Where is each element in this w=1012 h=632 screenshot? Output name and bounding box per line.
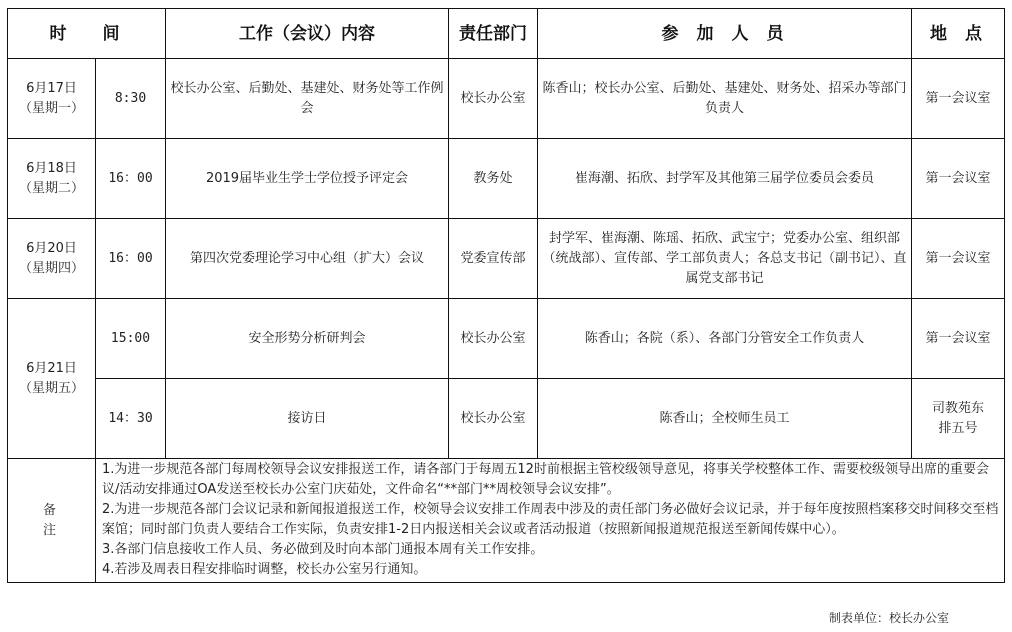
header-location: 地点 xyxy=(912,9,1005,59)
location-cell: 司教苑东排五号 xyxy=(912,379,1005,459)
content-cell: 接访日 xyxy=(166,379,449,459)
remarks-content: 1.为进一步规范各部门每周校领导会议安排报送工作，请各部门于每周五12时前根据主… xyxy=(96,459,1005,583)
content-cell: 安全形势分析研判会 xyxy=(166,299,449,379)
weekday: （星期二） xyxy=(12,179,91,199)
header-row: 时间 工作（会议）内容 责任部门 参加人员 地点 xyxy=(8,9,1005,59)
remarks-label: 备注 xyxy=(8,459,96,583)
remark-item: 3.各部门信息接收工作人员、务必做到及时向本部门通报本周有关工作安排。 xyxy=(102,540,1000,560)
table-row: 6月18日 （星期二） 16：00 2019届毕业生学士学位授予评定会 教务处 … xyxy=(8,139,1005,219)
department-cell: 党委宣传部 xyxy=(449,219,538,299)
location-cell: 第一会议室 xyxy=(912,139,1005,219)
remarks-row: 备注 1.为进一步规范各部门每周校领导会议安排报送工作，请各部门于每周五12时前… xyxy=(8,459,1005,583)
department-cell: 校长办公室 xyxy=(449,59,538,139)
time-cell: 16：00 xyxy=(96,219,166,299)
time-cell: 14：30 xyxy=(96,379,166,459)
date: 6月17日 xyxy=(12,79,91,99)
header-time: 时间 xyxy=(8,9,166,59)
date: 6月20日 xyxy=(12,239,91,259)
weekday: （星期一） xyxy=(12,99,91,119)
participants-cell: 陈香山；校长办公室、后勤处、基建处、财务处、招采办等部门负责人 xyxy=(538,59,912,139)
header-content: 工作（会议）内容 xyxy=(166,9,449,59)
participants-cell: 封学军、崔海潮、陈瑶、拓欣、武宝宁；党委办公室、组织部（统战部）、宣传部、学工部… xyxy=(538,219,912,299)
table-row: 6月20日 （星期四） 16：00 第四次党委理论学习中心组（扩大）会议 党委宣… xyxy=(8,219,1005,299)
location-cell: 第一会议室 xyxy=(912,59,1005,139)
department-cell: 校长办公室 xyxy=(449,299,538,379)
date-cell: 6月17日 （星期一） xyxy=(8,59,96,139)
participants-cell: 陈香山；全校师生员工 xyxy=(538,379,912,459)
location-cell: 第一会议室 xyxy=(912,219,1005,299)
date-cell: 6月20日 （星期四） xyxy=(8,219,96,299)
weekly-meeting-schedule-table: 时间 工作（会议）内容 责任部门 参加人员 地点 6月17日 （星期一） 8:3… xyxy=(7,8,1005,583)
remark-item: 4.若涉及周表日程安排临时调整，校长办公室另行通知。 xyxy=(102,560,1000,580)
participants-cell: 陈香山；各院（系）、各部门分管安全工作负责人 xyxy=(538,299,912,379)
weekday: （星期四） xyxy=(12,259,91,279)
content-cell: 2019届毕业生学士学位授予评定会 xyxy=(166,139,449,219)
department-cell: 教务处 xyxy=(449,139,538,219)
weekday: （星期五） xyxy=(12,379,91,399)
time-cell: 8:30 xyxy=(96,59,166,139)
date-cell: 6月21日 （星期五） xyxy=(8,299,96,459)
header-participants: 参加人员 xyxy=(538,9,912,59)
table-row: 14：30 接访日 校长办公室 陈香山；全校师生员工 司教苑东排五号 xyxy=(8,379,1005,459)
date-cell: 6月18日 （星期二） xyxy=(8,139,96,219)
table-row: 6月21日 （星期五） 15:00 安全形势分析研判会 校长办公室 陈香山；各院… xyxy=(8,299,1005,379)
time-cell: 16：00 xyxy=(96,139,166,219)
header-department: 责任部门 xyxy=(449,9,538,59)
participants-cell: 崔海潮、拓欣、封学军及其他第三届学位委员会委员 xyxy=(538,139,912,219)
department-cell: 校长办公室 xyxy=(449,379,538,459)
location-cell: 第一会议室 xyxy=(912,299,1005,379)
footer-made-by: 制表单位：校长办公室 xyxy=(829,609,949,626)
content-cell: 校长办公室、后勤处、基建处、财务处等工作例会 xyxy=(166,59,449,139)
remark-item: 2.为进一步规范各部门会议记录和新闻报道报送工作，校领导会议安排工作周表中涉及的… xyxy=(102,500,1000,540)
date: 6月21日 xyxy=(12,359,91,379)
remark-item: 1.为进一步规范各部门每周校领导会议安排报送工作，请各部门于每周五12时前根据主… xyxy=(102,460,1000,500)
date: 6月18日 xyxy=(12,159,91,179)
table-row: 6月17日 （星期一） 8:30 校长办公室、后勤处、基建处、财务处等工作例会 … xyxy=(8,59,1005,139)
content-cell: 第四次党委理论学习中心组（扩大）会议 xyxy=(166,219,449,299)
time-cell: 15:00 xyxy=(96,299,166,379)
